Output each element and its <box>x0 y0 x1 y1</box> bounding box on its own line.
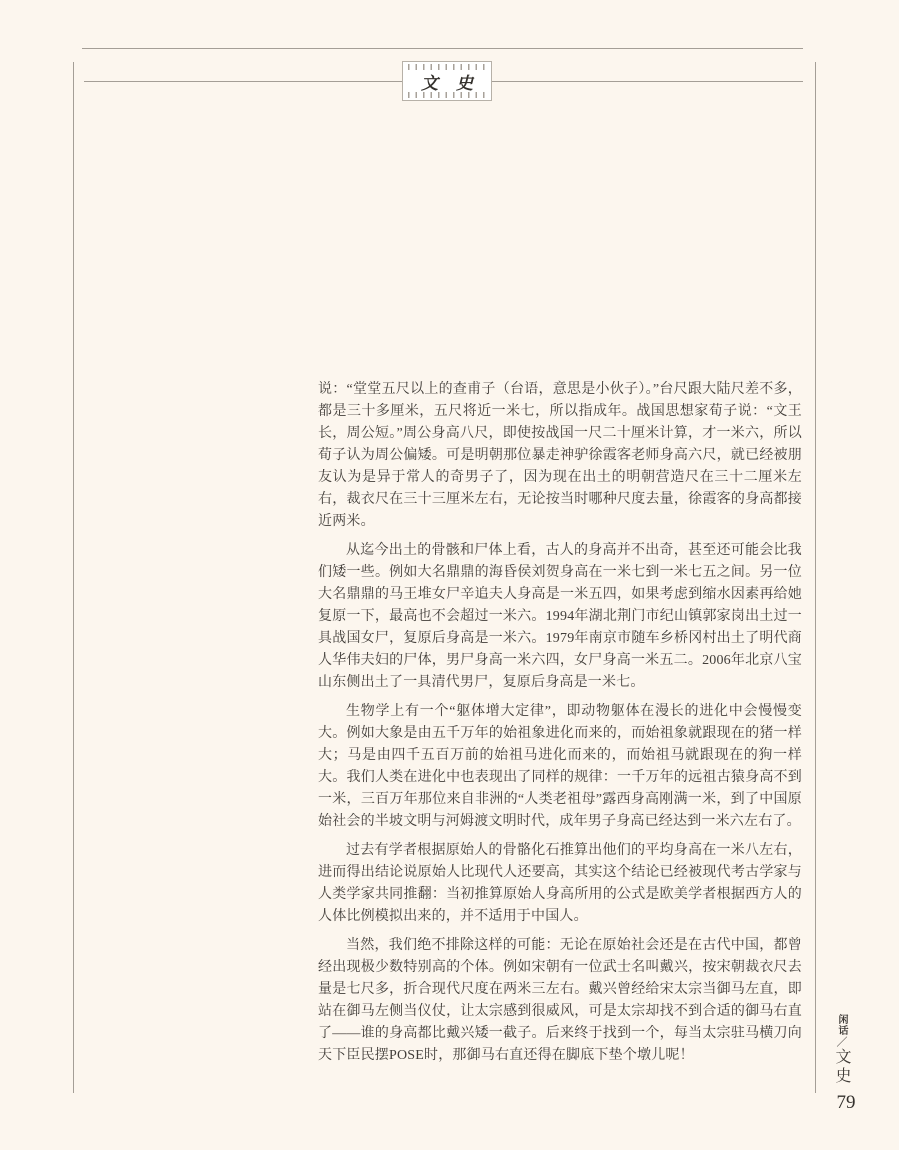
right-border-rule <box>815 62 816 1093</box>
left-border-rule <box>73 62 74 1093</box>
article-paragraph: 说：“堂堂五尺以上的查甫子（台语，意思是小伙子）。”台尺跟大陆尺差不多，都是三十… <box>318 379 802 533</box>
article-paragraph: 当然，我们绝不排除这样的可能：无论在原始社会还是在古代中国，都曾经出现极少数特别… <box>318 935 802 1067</box>
article-body: 说：“堂堂五尺以上的查甫子（台语，意思是小伙子）。”台尺跟大陆尺差不多，都是三十… <box>318 379 802 1074</box>
article-paragraph: 生物学上有一个“躯体增大定律”，即动物躯体在漫长的进化中会慢慢变大。例如大象是由… <box>318 701 802 833</box>
stamp-perforation-bottom <box>408 92 486 98</box>
sidebar-slash: ／ <box>835 1036 847 1048</box>
top-rule <box>82 48 803 49</box>
page-number: 79 <box>826 1092 866 1114</box>
sidebar-column-label: 闲话／文史 <box>833 1014 849 1086</box>
sidebar-column-name-small: 闲话 <box>836 1014 847 1036</box>
magazine-page: 文史 说：“堂堂五尺以上的查甫子（台语，意思是小伙子）。”台尺跟大陆尺差不多，都… <box>0 0 899 1150</box>
article-paragraph: 过去有学者根据原始人的骨骼化石推算出他们的平均身高在一米八左右，进而得出结论说原… <box>318 840 802 928</box>
header-section-stamp: 文史 <box>402 61 492 101</box>
sidebar-column-name-main: 文史 <box>833 1048 850 1086</box>
article-paragraph: 从迄今出土的骨骸和尸体上看，古人的身高并不出奇，甚至还可能会比我们矮一些。例如大… <box>318 540 802 694</box>
